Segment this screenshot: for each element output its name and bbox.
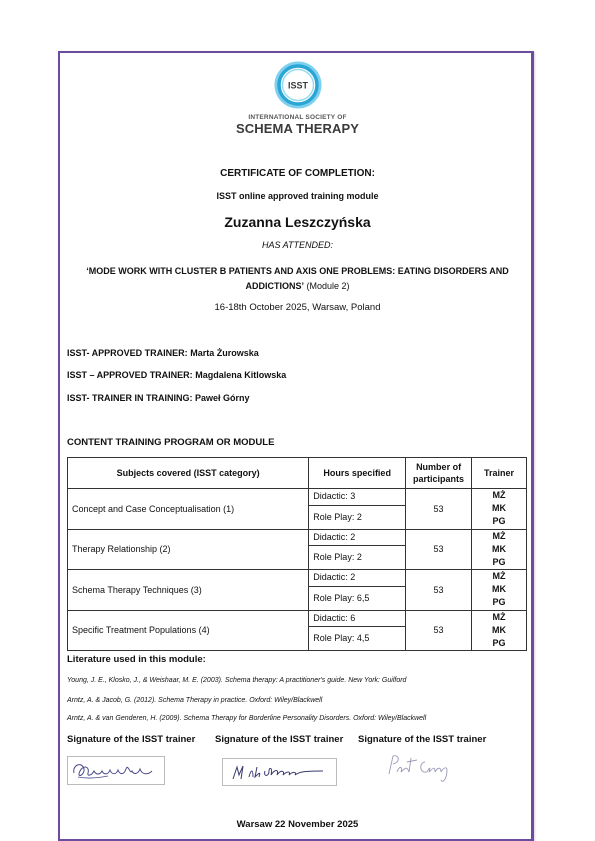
trainer-initials: PG xyxy=(476,637,522,650)
trainer-line: ISST- APPROVED TRAINER: Marta Żurowska xyxy=(67,348,259,358)
course-title-text: ‘MODE WORK WITH CLUSTER B PATIENTS AND A… xyxy=(86,266,509,291)
table-header-row: Subjects covered (ISST category) Hours s… xyxy=(68,458,527,489)
literature-heading: Literature used in this module: xyxy=(67,654,206,665)
trainer-role: ISST- TRAINER IN TRAINING: xyxy=(67,393,193,403)
literature-item: Arntz, A. & van Genderen, H. (2009). Sch… xyxy=(67,715,426,722)
participants-cell: 53 xyxy=(406,489,472,530)
signature-label: Signature of the ISST trainer xyxy=(67,734,195,745)
trainer-cell: MŻMKPG xyxy=(472,529,527,570)
didactic-hours: Didactic: 2 xyxy=(309,529,406,546)
trainer-line: ISST – APPROVED TRAINER: Magdalena Kitlo… xyxy=(67,370,286,380)
trainer-cell: MŻMKPG xyxy=(472,570,527,611)
didactic-hours: Didactic: 2 xyxy=(309,570,406,587)
participants-cell: 53 xyxy=(406,610,472,651)
trainer-line: ISST- TRAINER IN TRAINING: Paweł Górny xyxy=(67,393,250,403)
literature-item: Arntz, A. & Jacob, G. (2012). Schema The… xyxy=(67,697,322,704)
didactic-hours: Didactic: 6 xyxy=(309,610,406,627)
isst-ring-icon: ISST xyxy=(273,60,323,110)
participants-cell: 53 xyxy=(406,570,472,611)
signature-image-2 xyxy=(222,758,337,786)
trainer-initials: MK xyxy=(476,583,522,596)
role-play-hours: Role Play: 6,5 xyxy=(309,586,406,610)
trainer-initials: MŻ xyxy=(476,611,522,624)
has-attended-label: HAS ATTENDED: xyxy=(60,240,535,250)
table-row: Specific Treatment Populations (4)Didact… xyxy=(68,610,527,627)
trainer-name: Marta Żurowska xyxy=(190,348,259,358)
signature-label: Signature of the ISST trainer xyxy=(358,734,486,745)
subject-cell: Therapy Relationship (2) xyxy=(68,529,309,570)
role-play-hours: Role Play: 2 xyxy=(309,546,406,570)
recipient-name: Zuzanna Leszczyńska xyxy=(60,214,535,230)
certificate-subheading: ISST online approved training module xyxy=(60,191,535,201)
col-participants: Number of participants xyxy=(406,458,472,489)
trainer-initials: PG xyxy=(476,515,522,528)
signature-image-3 xyxy=(385,752,455,786)
col-hours: Hours specified xyxy=(309,458,406,489)
issue-date: Warsaw 22 November 2025 xyxy=(60,819,535,830)
course-title: ‘MODE WORK WITH CLUSTER B PATIENTS AND A… xyxy=(60,264,535,294)
trainer-initials: MŻ xyxy=(476,489,522,502)
trainer-role: ISST- APPROVED TRAINER: xyxy=(67,348,188,358)
didactic-hours: Didactic: 3 xyxy=(309,489,406,506)
program-table: Subjects covered (ISST category) Hours s… xyxy=(67,457,527,651)
table-row: Concept and Case Conceptualisation (1)Di… xyxy=(68,489,527,506)
svg-text:ISST: ISST xyxy=(287,81,308,91)
subject-cell: Specific Treatment Populations (4) xyxy=(68,610,309,651)
trainer-initials: MK xyxy=(476,624,522,637)
trainer-initials: MŻ xyxy=(476,530,522,543)
trainer-name: Paweł Górny xyxy=(195,393,250,403)
trainer-initials: MK xyxy=(476,502,522,515)
subject-cell: Concept and Case Conceptualisation (1) xyxy=(68,489,309,530)
trainer-initials: MK xyxy=(476,543,522,556)
trainer-cell: MŻMKPG xyxy=(472,489,527,530)
literature-item: Young, J. E., Klosko, J., & Weishaar, M.… xyxy=(67,677,406,684)
isst-logo: ISST INTERNATIONAL SOCIETY OF SCHEMA THE… xyxy=(0,60,595,136)
logo-org-line1: INTERNATIONAL SOCIETY OF xyxy=(0,114,595,121)
role-play-hours: Role Play: 2 xyxy=(309,505,406,529)
table-row: Schema Therapy Techniques (3)Didactic: 2… xyxy=(68,570,527,587)
col-subjects: Subjects covered (ISST category) xyxy=(68,458,309,489)
subject-cell: Schema Therapy Techniques (3) xyxy=(68,570,309,611)
trainer-initials: PG xyxy=(476,556,522,569)
table-row: Therapy Relationship (2)Didactic: 253MŻM… xyxy=(68,529,527,546)
program-heading: CONTENT TRAINING PROGRAM OR MODULE xyxy=(67,437,274,448)
trainer-name: Magdalena Kitlowska xyxy=(195,370,286,380)
trainer-initials: MŻ xyxy=(476,570,522,583)
trainer-role: ISST – APPROVED TRAINER: xyxy=(67,370,193,380)
logo-org-line2: SCHEMA THERAPY xyxy=(0,121,595,136)
participants-cell: 53 xyxy=(406,529,472,570)
course-date-place: 16-18th October 2025, Warsaw, Poland xyxy=(60,302,535,313)
course-module: (Module 2) xyxy=(304,281,350,291)
certificate-heading: CERTIFICATE OF COMPLETION: xyxy=(60,168,535,179)
col-trainer: Trainer xyxy=(472,458,527,489)
signature-image-1 xyxy=(67,756,165,785)
trainer-cell: MŻMKPG xyxy=(472,610,527,651)
signature-label: Signature of the ISST trainer xyxy=(215,734,343,745)
trainer-initials: PG xyxy=(476,596,522,609)
role-play-hours: Role Play: 4,5 xyxy=(309,627,406,651)
